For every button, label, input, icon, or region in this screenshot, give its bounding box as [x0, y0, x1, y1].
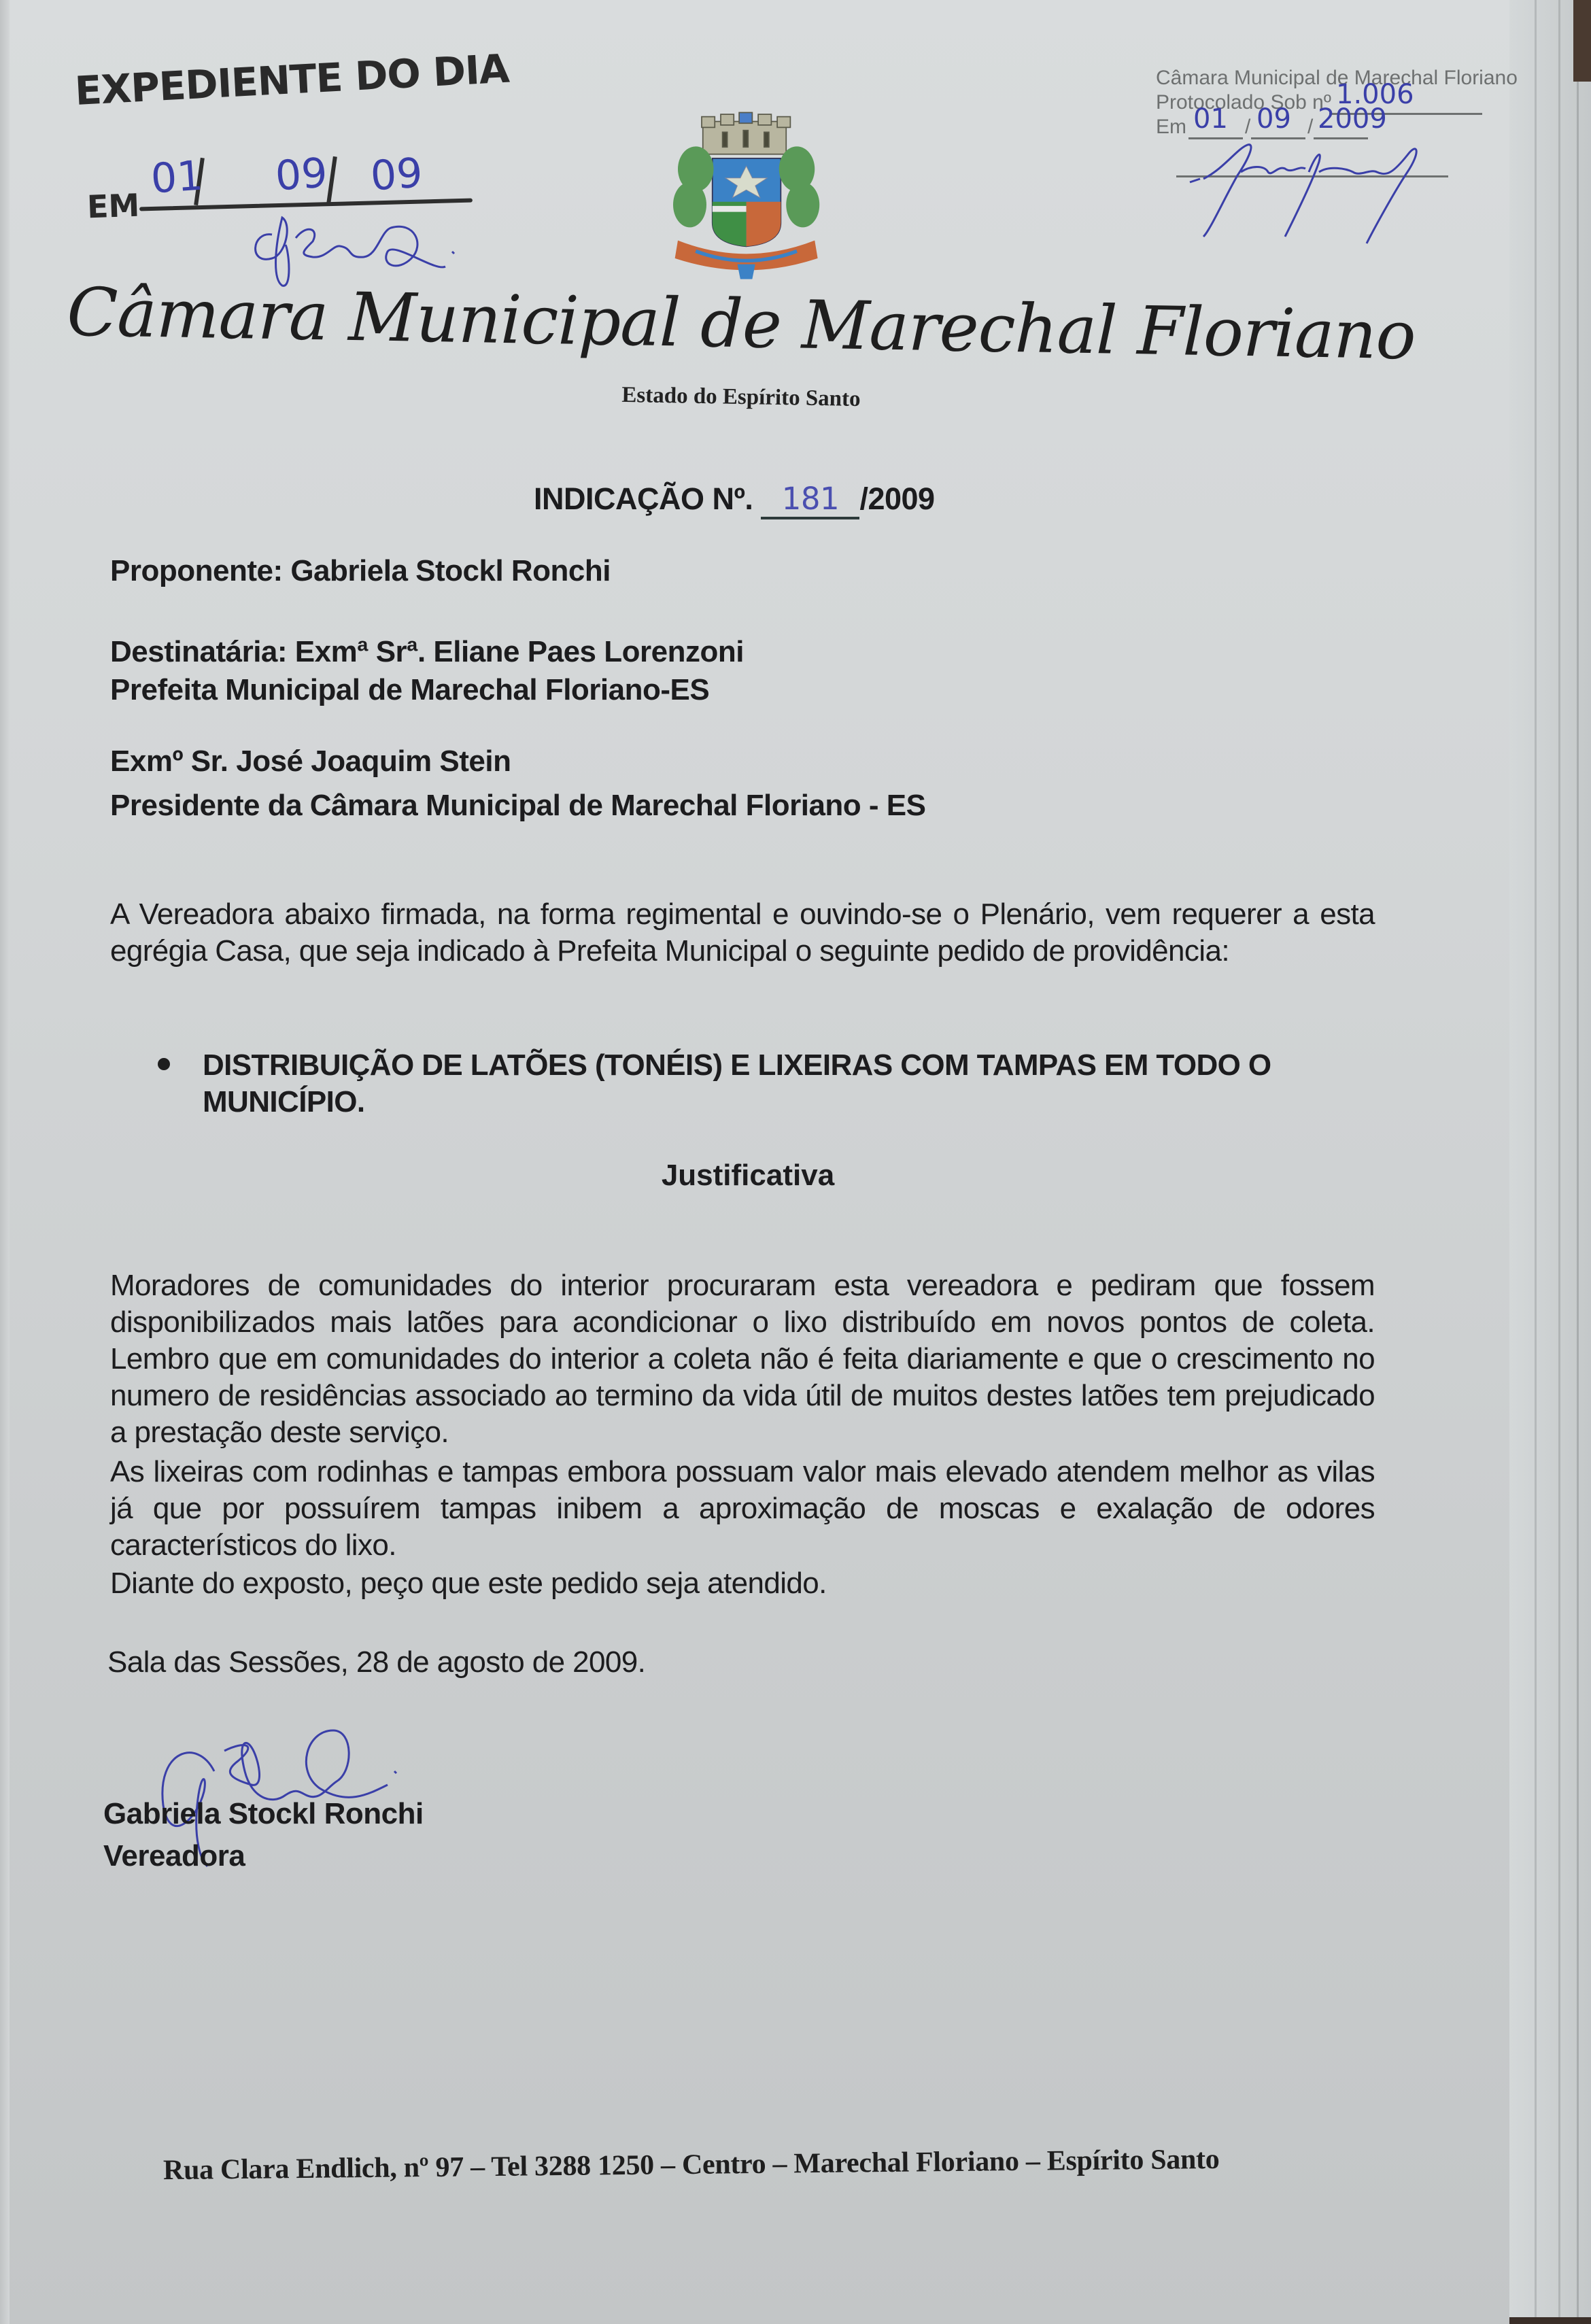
justificativa-paragraph-1: Moradores de comunidades do interior pro… — [110, 1267, 1375, 1451]
page-edge — [1558, 0, 1560, 2324]
destinataria-line1: Destinatária: Exmª Srª. Eliane Paes Lore… — [110, 635, 744, 669]
stamp-em-label: EM — [86, 187, 140, 226]
protocol-date-month: 09 — [1256, 107, 1291, 131]
coat-of-arms-icon — [654, 101, 844, 291]
president-line2: Presidente da Câmara Municipal de Marech… — [110, 789, 925, 823]
protocol-number-label: Protocolado Sob nº — [1156, 91, 1331, 114]
request-item: DISTRIBUIÇÃO DE LATÕES (TONÉIS) E LIXEIR… — [203, 1047, 1375, 1121]
protocol-date-day: 01 — [1193, 107, 1228, 131]
stamp-date-separator — [326, 156, 337, 204]
protocol-signature — [1183, 135, 1455, 243]
signer-name: Gabriela Stockl Ronchi — [103, 1797, 424, 1831]
destinataria-line2: Prefeita Municipal de Marechal Floriano-… — [110, 673, 709, 707]
justificativa-heading: Justificativa — [0, 1159, 1496, 1193]
protocol-date-label: Em — [1156, 116, 1186, 138]
protocol-number: 1.006 — [1336, 83, 1414, 106]
stamp-title: EXPEDIENTE DO DIA — [73, 46, 510, 114]
background-surface — [1573, 0, 1591, 82]
page-edge — [1577, 0, 1579, 2324]
indicacao-number: 181 — [761, 481, 859, 519]
letterhead-title: Câmara Municipal de Marechal Floriano — [0, 273, 1483, 376]
place-date: Sala das Sessões, 28 de agosto de 2009. — [107, 1644, 1127, 1681]
proponente: Proponente: Gabriela Stockl Ronchi — [110, 554, 611, 588]
footer-address: Rua Clara Endlich, nº 97 – Tel 3288 1250… — [163, 2143, 1220, 2187]
stamp-date-month: 09 — [274, 149, 329, 200]
stamp-date-day: 01 — [150, 152, 205, 203]
indicacao-heading: INDICAÇÃO Nº. 181/2009 — [534, 481, 935, 519]
justificativa-paragraph-3: Diante do exposto, peço que este pedido … — [110, 1565, 1375, 1602]
indicacao-label: INDICAÇÃO Nº. — [534, 481, 753, 516]
signer-role: Vereadora — [103, 1839, 245, 1873]
protocol-stamp: Câmara Municipal de Marechal Floriano Pr… — [1156, 67, 1509, 140]
letterhead-subtitle: Estado do Espírito Santo — [0, 372, 1482, 423]
protocol-institution: Câmara Municipal de Marechal Floriano — [1156, 67, 1509, 91]
stamp-date-year: 09 — [369, 149, 424, 200]
president-line1: Exmº Sr. José Joaquim Stein — [110, 745, 511, 779]
document-page: EXPEDIENTE DO DIA EM 01 09 09 Câmara Mun… — [0, 0, 1509, 2324]
bullet-icon — [158, 1058, 170, 1070]
intro-paragraph: A Vereadora abaixo firmada, na forma reg… — [110, 896, 1375, 970]
justificativa-paragraph-2: As lixeiras com rodinhas e tampas embora… — [110, 1454, 1375, 1564]
indicacao-year: /2009 — [859, 481, 934, 516]
page-edge — [1535, 0, 1537, 2324]
protocol-date-year: 2009 — [1318, 107, 1387, 131]
